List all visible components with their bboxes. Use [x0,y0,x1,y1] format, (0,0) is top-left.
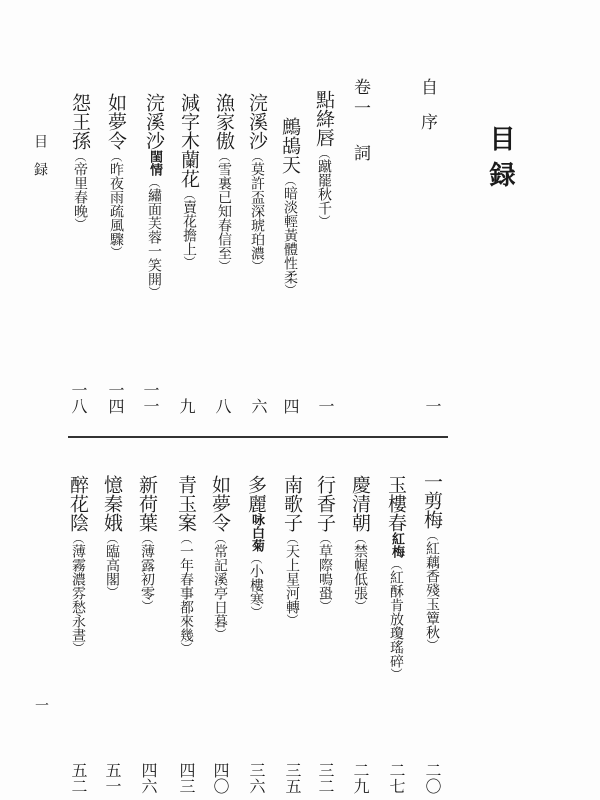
first-line: 蹴罷秋千 [316,159,332,215]
toc-page: 目録 目録 一 自序 一 卷一 詞 點絳唇︵蹴罷秋千︶ 一 鷓鴣天︵暗淡輕黃體性… [0,0,600,800]
paren-close: ︶ [283,284,297,296]
page-number: 四三 [178,762,194,794]
paren-close: ︶ [147,286,161,298]
paren-open: ︵ [285,532,299,544]
page-number: 五二 [70,762,86,794]
paren-close: ︶ [389,668,403,680]
page-number: 九 [178,398,194,414]
tune-title: 慶清朝 [349,475,371,532]
paren-open: ︵ [140,532,154,544]
tune-title: 點絳唇 [313,90,335,147]
first-line: 草際鳴蛩 [317,544,333,600]
page-title: 目録 [487,125,513,197]
tune-title: 青玉案 [175,475,197,532]
section-divider [68,436,448,438]
toc-entry[interactable]: 多麗咏白菊︵小樓寒︶ [246,475,265,618]
paren-open: ︵ [109,150,123,162]
tune-title: 鷓鴣天 [279,117,301,174]
tune-title: 玉樓春 [385,475,407,532]
tune-title: 南歌子 [281,475,303,532]
page-number: 三二 [317,762,333,794]
paren-open: ︵ [179,532,193,544]
paren-close: ︶ [217,260,231,272]
page-number: 五一 [104,762,120,794]
paren-close: ︶ [353,600,367,612]
tune-title: 多麗 [245,475,267,513]
toc-entry[interactable]: 點絳唇︵蹴罷秋千︶ [314,90,333,227]
paren-close: ︶ [317,215,331,227]
paren-close: ︶ [179,642,193,654]
volume-heading: 卷一 詞 [351,78,368,165]
paren-open: ︵ [425,529,439,541]
toc-entry[interactable]: 漁家傲︵雪裏已知春信至︶ [214,93,233,272]
entry-title: 自序 [417,78,437,148]
paren-close: ︶ [140,600,154,612]
toc-entry[interactable]: 青玉案︵一年春事都來幾︶ [176,475,195,654]
first-line: 帝里春晚 [72,162,88,218]
toc-entry[interactable]: 南歌子︵天上星河轉︶ [282,475,301,626]
paren-close: ︶ [182,256,196,268]
toc-entry[interactable]: 醉花陰︵薄霧濃雰愁永晝︶ [68,475,87,654]
toc-entry[interactable]: 慶清朝︵禁幄低張︶ [350,475,369,612]
tune-title: 憶秦娥 [101,475,123,532]
paren-open: ︵ [71,532,85,544]
paren-close: ︶ [425,639,439,651]
toc-entry[interactable]: 行香子︵草際鳴蛩︶ [315,475,334,612]
toc-entry-preface[interactable]: 自序 [418,78,435,148]
first-line: 雪裏已知春信至 [216,162,232,260]
toc-entry[interactable]: 怨王孫︵帝里春晚︶ [70,93,89,230]
tune-title: 新荷葉 [136,475,158,532]
tune-note: 閨情 [147,150,162,176]
paren-open: ︵ [318,532,332,544]
tune-title: 一剪梅 [421,472,443,529]
paren-close: ︶ [109,246,123,258]
page-number: 三六 [248,762,264,794]
first-line: 常記溪亭日暮 [212,544,228,628]
tune-title: 漁家傲 [213,93,235,150]
page-number: 一一 [142,382,158,414]
folio-number: 一 [34,698,48,712]
paren-close: ︶ [213,628,227,640]
page-number: 一四 [107,382,123,414]
toc-entry[interactable]: 如夢令︵昨夜雨疏風驟︶ [106,93,125,258]
first-line: 莫許盃深琥珀濃 [249,162,265,260]
paren-close: ︶ [285,614,299,626]
first-line: 薄霧濃雰愁永晝 [70,544,86,642]
toc-entry[interactable]: 減字木蘭花︵賣花擔上︶ [179,93,198,268]
paren-open: ︵ [217,150,231,162]
tune-note: 紅梅 [389,532,404,558]
first-line: 暗淡輕黃體性柔 [282,186,298,284]
page-number: 二〇 [424,762,440,794]
toc-entry[interactable]: 浣溪沙︵莫許盃深琥珀濃︶ [247,93,266,272]
toc-entry[interactable]: 玉樓春紅梅︵紅酥肯放瓊瑤碎︶ [386,475,405,680]
paren-open: ︵ [105,532,119,544]
tune-note: 咏白菊 [249,513,264,552]
first-line: 天上星河轉 [284,544,300,614]
toc-entry[interactable]: 憶秦娥︵臨高閣︶ [102,475,121,598]
paren-open: ︵ [250,150,264,162]
paren-open: ︵ [317,147,331,159]
toc-entry[interactable]: 如夢令︵常記溪亭日暮︶ [210,475,229,640]
first-line: 繡面芙蓉一笑開 [146,188,162,286]
first-line: 禁幄低張 [352,544,368,600]
page-number: 一 [424,398,440,414]
paren-close: ︶ [71,642,85,654]
tune-title: 浣溪沙 [143,93,165,150]
page-number: 六 [250,398,266,414]
tune-title: 浣溪沙 [246,93,268,150]
first-line: 臨高閣 [104,544,120,586]
tune-title: 如夢令 [209,475,231,532]
page-number: 八 [214,398,230,414]
margin-running-head: 目録 [33,134,47,190]
paren-close: ︶ [73,218,87,230]
paren-open: ︵ [73,150,87,162]
paren-open: ︵ [213,532,227,544]
first-line: 薄露初零 [139,544,155,600]
first-line: 昨夜雨疏風驟 [108,162,124,246]
page-number: 二七 [388,762,404,794]
paren-open: ︵ [353,532,367,544]
paren-open: ︵ [389,558,403,570]
toc-entry[interactable]: 新荷葉︵薄露初零︶ [137,475,156,612]
page-number: 二九 [352,762,368,794]
tune-title: 行香子 [314,475,336,532]
page-number: 四 [282,398,298,414]
paren-open: ︵ [249,552,263,564]
paren-close: ︶ [250,260,264,272]
page-number: 三五 [284,762,300,794]
paren-open: ︵ [182,188,196,200]
toc-entry[interactable]: 鷓鴣天︵暗淡輕黃體性柔︶ [280,117,299,296]
page-number: 四〇 [212,762,228,794]
tune-title: 醉花陰 [67,475,89,532]
toc-entry[interactable]: 浣溪沙閨情︵繡面芙蓉一笑開︶ [144,93,163,298]
first-line: 賣花擔上 [181,200,197,256]
paren-close: ︶ [318,600,332,612]
first-line: 紅酥肯放瓊瑤碎 [388,570,404,668]
first-line: 紅藕香殘玉簟秋 [424,541,440,639]
tune-title: 怨王孫 [69,93,91,150]
paren-close: ︶ [249,606,263,618]
tune-title: 如夢令 [105,93,127,150]
first-line: 一年春事都來幾 [178,544,194,642]
page-number: 四六 [140,762,156,794]
toc-entry[interactable]: 一剪梅︵紅藕香殘玉簟秋︶ [422,472,441,651]
page-number: 一 [317,398,333,414]
paren-close: ︶ [105,586,119,598]
paren-open: ︵ [283,174,297,186]
page-number: 一八 [70,382,86,414]
paren-open: ︵ [147,176,161,188]
tune-title: 減字木蘭花 [178,93,200,188]
first-line: 小樓寒 [248,564,264,606]
